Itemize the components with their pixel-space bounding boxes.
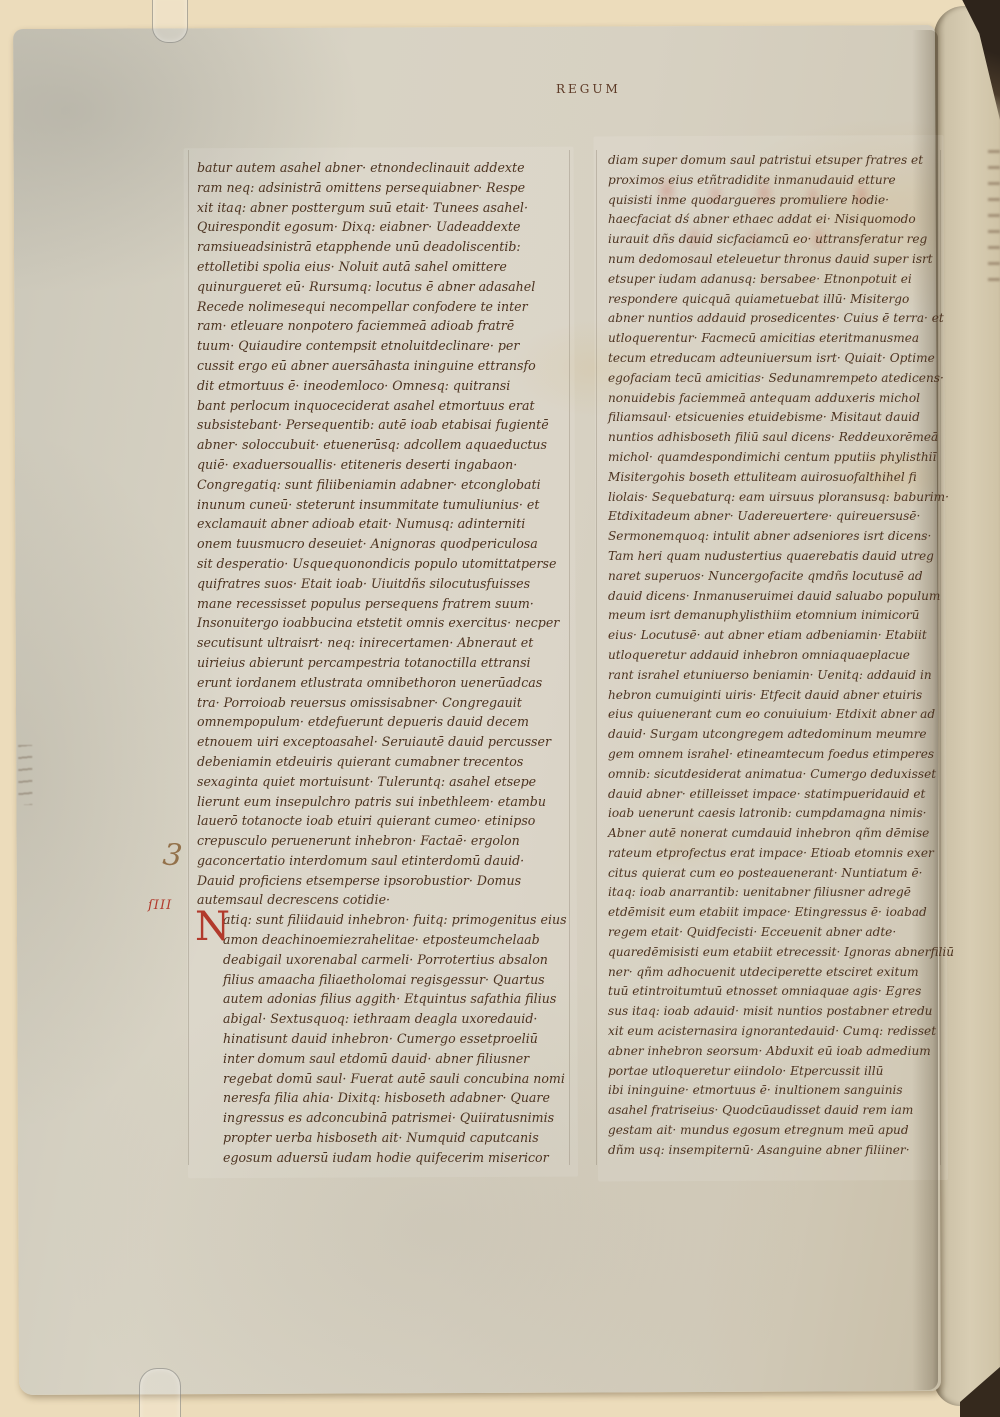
manuscript-text-line: Abner autē nonerat cumdauid inhebron qñm… — [608, 824, 942, 844]
manuscript-text-line: ram neq: adsinistrā omittens persequiabn… — [197, 178, 567, 198]
manuscript-text-line: etnouem uiri exceptoasahel· Seruiautē da… — [197, 732, 567, 752]
manuscript-text-line: nonuidebis faciemmeā antequam adduxeris … — [608, 389, 942, 409]
manuscript-text-line: Quirespondit egosum· Dixq: eiabner· Uade… — [197, 217, 567, 237]
manuscript-text-line: proximos eius etñtradidite inmanudauid e… — [608, 171, 942, 191]
manuscript-text-line: meum isrt demanuphylisthiim etomnium ini… — [608, 606, 942, 626]
manuscript-text-line: gem omnem israhel· etineamtecum foedus e… — [608, 745, 942, 765]
manuscript-text-line: filiamsaul· etsicuenies etuidebisme· Mis… — [608, 408, 942, 428]
manuscript-text-line: rateum etprofectus erat impace· Etioab e… — [608, 844, 942, 864]
manuscript-text-line: utloqueretur addauid inhebron omniaquaep… — [608, 646, 942, 666]
manuscript-text-line: eius quiuenerant cum eo conuiuium· Etdix… — [608, 705, 942, 725]
manuscript-text-line: sexaginta quiet mortuisunt· Tuleruntq: a… — [197, 772, 567, 792]
manuscript-text-line: hinatisunt dauid inhebron· Cumergo esset… — [223, 1029, 567, 1049]
manuscript-text-line: autem adonias filius aggith· Etquintus s… — [223, 989, 567, 1009]
manuscript-text-line: egosum aduersū iudam hodie quifecerim mi… — [223, 1148, 567, 1168]
manuscript-text-line: citus quierat cum eo posteauenerant· Nun… — [608, 864, 942, 884]
text-column-left: batur autem asahel abner· etnondeclinaui… — [197, 158, 567, 1168]
manuscript-text-line: quiē· exaduersouallis· etiteneris desert… — [197, 455, 567, 475]
manuscript-text-line: portae utloqueretur eiindolo· Etpercussi… — [608, 1062, 942, 1082]
manuscript-text-line: uirieius abierunt percampestria totanoct… — [197, 653, 567, 673]
manuscript-text-line: Congregatiq: sunt filiibeniamin adabner·… — [197, 475, 567, 495]
manuscript-text-line: dauid dicens· Inmanuseruimei dauid salua… — [608, 587, 942, 607]
manuscript-text-line: naret superuos· Nuncergofacite qmdñs loc… — [608, 567, 942, 587]
manuscript-text-line: dit etmortuus ē· ineodemloco· Omnesq: qu… — [197, 376, 567, 396]
manuscript-text-line: gestam ait· mundus egosum etregnum meū a… — [608, 1121, 942, 1141]
manuscript-text-line: ettolletibi spolia eius· Noluit autā sah… — [197, 257, 567, 277]
manuscript-text-line: asahel fratriseius· Quodcūaudisset dauid… — [608, 1101, 942, 1121]
manuscript-text-line: respondere quicquā quiametuebat illū· Mi… — [608, 290, 942, 310]
manuscript-text-line: gaconcertatio interdomum saul etinterdom… — [197, 851, 567, 871]
manuscript-text-line: Insonuitergo ioabbucina etstetit omnis e… — [197, 613, 567, 633]
manuscript-text-line: Misitergohis boseth ettuliteam auirosuof… — [608, 468, 942, 488]
manuscript-text-line: erunt iordanem etlustrata omnibethoron u… — [197, 673, 567, 693]
manuscript-text-line: Sermonemquoq: intulit abner adseniores i… — [608, 527, 942, 547]
manuscript-text-line: secutisunt ultraisrt· neq: inirecertamen… — [197, 633, 567, 653]
manuscript-text-line: iurauit dñs dauid sicfaciamcū eo· uttran… — [608, 230, 942, 250]
running-title: REGUM — [556, 82, 621, 96]
manuscript-text-line: inter domum saul etdomū dauid· abner fil… — [223, 1049, 567, 1069]
manuscript-text-line: propter uerba hisboseth ait· Numquid cap… — [223, 1128, 567, 1148]
manuscript-text-line: ingressus es adconcubinā patrismei· Quii… — [223, 1108, 567, 1128]
text-column-right: diam super domum saul patristui etsuper … — [608, 151, 942, 1161]
chapter-number-brown: 3 — [161, 837, 184, 874]
manuscript-text-line: ner· qñm adhocuenit utdeciperette etscir… — [608, 963, 942, 983]
left-column-block1: batur autem asahel abner· etnondeclinaui… — [197, 158, 567, 910]
manuscript-text-line: Etdixitadeum abner· Uadereuertere· quire… — [608, 507, 942, 527]
manuscript-text-line: cussit ergo eū abner auersāhasta iningui… — [197, 356, 567, 376]
manuscript-text-line: subsistebant· Persequentib: autē ioab et… — [197, 415, 567, 435]
manuscript-text-line: etdēmisit eum etabiit impace· Etingressu… — [608, 903, 942, 923]
manuscript-text-line: quaredēmisisti eum etabiit etrecessit· I… — [608, 943, 942, 963]
manuscript-text-line: crepusculo peruenerunt inhebron· Factaē·… — [197, 831, 567, 851]
manuscript-text-line: itaq: ioab anarrantib: uenitabner filius… — [608, 883, 942, 903]
manuscript-text-line: ioab uenerunt caesis latronib: cumpdamag… — [608, 804, 942, 824]
ruling-line — [569, 150, 570, 1165]
manuscript-text-line: diam super domum saul patristui etsuper … — [608, 151, 942, 171]
manuscript-text-line: omnempopulum· etdefuerunt depueris dauid… — [197, 712, 567, 732]
chapter-number-red: ſIII — [148, 898, 172, 913]
manuscript-text-line: lierunt eum insepulchro patris sui inbet… — [197, 792, 567, 812]
manuscript-text-line: mane recessisset populus persequens frat… — [197, 594, 567, 614]
manuscript-text-line: xit itaq: abner posttergum suū etait· Tu… — [197, 198, 567, 218]
manuscript-text-line: neresfa filia ahia· Dixitq: hisboseth ad… — [223, 1088, 567, 1108]
manuscript-text-line: lauerō totanocte ioab etuiri quierant cu… — [197, 811, 567, 831]
manuscript-text-line: abner nuntios addauid prosedicentes· Cui… — [608, 309, 942, 329]
manuscript-text-line: hebron cumuiginti uiris· Etfecit dauid a… — [608, 686, 942, 706]
next-folio-showthrough-text — [988, 150, 1000, 290]
manuscript-text-line: bant perlocum inquoceciderat asahel etmo… — [197, 396, 567, 416]
manuscript-text-line: amon deachinoemiezrahelitae· etposteumch… — [223, 930, 567, 950]
manuscript-text-line: Recede nolimesequi necompellar confodere… — [197, 297, 567, 317]
manuscript-text-line: sit desperatio· Usquequonondicis populo … — [197, 554, 567, 574]
manuscript-text-line: batur autem asahel abner· etnondeclinaui… — [197, 158, 567, 178]
manuscript-text-line: filius amaacha filiaetholomai regisgessu… — [223, 970, 567, 990]
manuscript-text-line: michol· quamdespondimichi centum pputiis… — [608, 448, 942, 468]
manuscript-text-line: xit eum acisternasira ignorantedauid· Cu… — [608, 1022, 942, 1042]
manuscript-text-line: onem tuusmucro deseuiet· Anignoras quodp… — [197, 534, 567, 554]
manuscript-text-line: debeniamin etdeuiris quierant cumabner t… — [197, 752, 567, 772]
manuscript-text-line: dñm usq: insempiternū· Asanguine abner f… — [608, 1141, 942, 1161]
manuscript-text-line: omnib: sicutdesiderat animatua· Cumergo … — [608, 765, 942, 785]
mounting-strap-top — [152, 0, 188, 43]
manuscript-text-line: eius· Locutusē· aut abner etiam adbeniam… — [608, 626, 942, 646]
manuscript-text-line: tuum· Quiaudire contempsit etnoluitdecli… — [197, 336, 567, 356]
manuscript-text-line: ibi ininguine· etmortuus ē· inultionem s… — [608, 1081, 942, 1101]
manuscript-text-line: quinurgueret eū· Rursumq: locutus ē abne… — [197, 277, 567, 297]
rubric-initial-N: N — [195, 907, 230, 947]
manuscript-text-line: sus itaq: ioab adauid· misit nuntios pos… — [608, 1002, 942, 1022]
manuscript-text-line: Dauid proficiens etsemperse ipsorobustio… — [197, 871, 567, 891]
edge-marks — [18, 745, 32, 805]
manuscript-text-line: rant israhel etuniuerso beniamin· Uenitq… — [608, 666, 942, 686]
manuscript-text-line: abner inhebron seorsum· Abduxit eū ioab … — [608, 1042, 942, 1062]
manuscript-text-line: dauid· Surgam utcongregem adtedominum me… — [608, 725, 942, 745]
manuscript-text-line: dauid abner· etilleisset impace· statimp… — [608, 785, 942, 805]
manuscript-text-line: regem etait· Quidfecisti· Ecceuenit abne… — [608, 923, 942, 943]
right-column-lines: diam super domum saul patristui etsuper … — [608, 151, 942, 1161]
manuscript-text-line: ramsiueadsinistrā etapphende unū deadoli… — [197, 237, 567, 257]
manuscript-text-line: num dedomosaul eteleuetur thronus dauid … — [608, 250, 942, 270]
manuscript-text-line: tra· Porroioab reuersus omissisabner· Co… — [197, 693, 567, 713]
ruling-line — [188, 150, 189, 1165]
manuscript-text-line: utloquerentur· Facmecū amicitias eteritm… — [608, 329, 942, 349]
left-column-block2-lines: atiq: sunt filiidauid inhebron· fuitq: p… — [223, 910, 567, 1167]
manuscript-text-line: regebat domū saul· Fuerat autē sauli con… — [223, 1069, 567, 1089]
manuscript-text-line: atiq: sunt filiidauid inhebron· fuitq: p… — [223, 910, 567, 930]
mounting-strap-bottom — [139, 1368, 181, 1417]
manuscript-text-line: deabigail uxorenabal carmeli· Porroterti… — [223, 950, 567, 970]
manuscript-text-line: tuū etintroitumtuū etnosset omniaquae ag… — [608, 982, 942, 1002]
manuscript-text-line: exclamauit abner adioab etait· Numusq: a… — [197, 514, 567, 534]
manuscript-text-line: quifratres suos· Etait ioab· Uiuitdñs si… — [197, 574, 567, 594]
manuscript-text-line: abigal· Sextusquoq: iethraam deagla uxor… — [223, 1009, 567, 1029]
left-column-block2: N atiq: sunt filiidauid inhebron· fuitq:… — [223, 910, 567, 1167]
manuscript-text-line: ram· etleuare nonpotero faciemmeā adioab… — [197, 316, 567, 336]
manuscript-text-line: liolais· Sequebaturq: eam uirsuus ploran… — [608, 488, 942, 508]
manuscript-text-line: etsuper iudam adanusq: bersabee· Etnonpo… — [608, 270, 942, 290]
manuscript-text-line: abner· soloccubuit· etuenerūsq: adcollem… — [197, 435, 567, 455]
manuscript-text-line: inunum cuneū· steterunt insummitate tumu… — [197, 495, 567, 515]
manuscript-text-line: egofaciam tecū amicitias· Sedunamrempeto… — [608, 369, 942, 389]
manuscript-text-line: autemsaul decrescens cotidie· — [197, 890, 567, 910]
manuscript-text-line: nuntios adhisboseth filiū saul dicens· R… — [608, 428, 942, 448]
manuscript-text-line: tecum etreducam adteuniuersum isrt· Quia… — [608, 349, 942, 369]
manuscript-text-line: haecfaciat dś abner ethaec addat ei· Nis… — [608, 210, 942, 230]
manuscript-text-line: Tam heri quam nudustertius quaerebatis d… — [608, 547, 942, 567]
manuscript-photo: REGUM batur autem asahel abner· etnondec… — [0, 0, 1000, 1417]
ruling-line — [596, 150, 597, 1165]
manuscript-text-line: quisisti inme quodargueres promuliere ho… — [608, 191, 942, 211]
